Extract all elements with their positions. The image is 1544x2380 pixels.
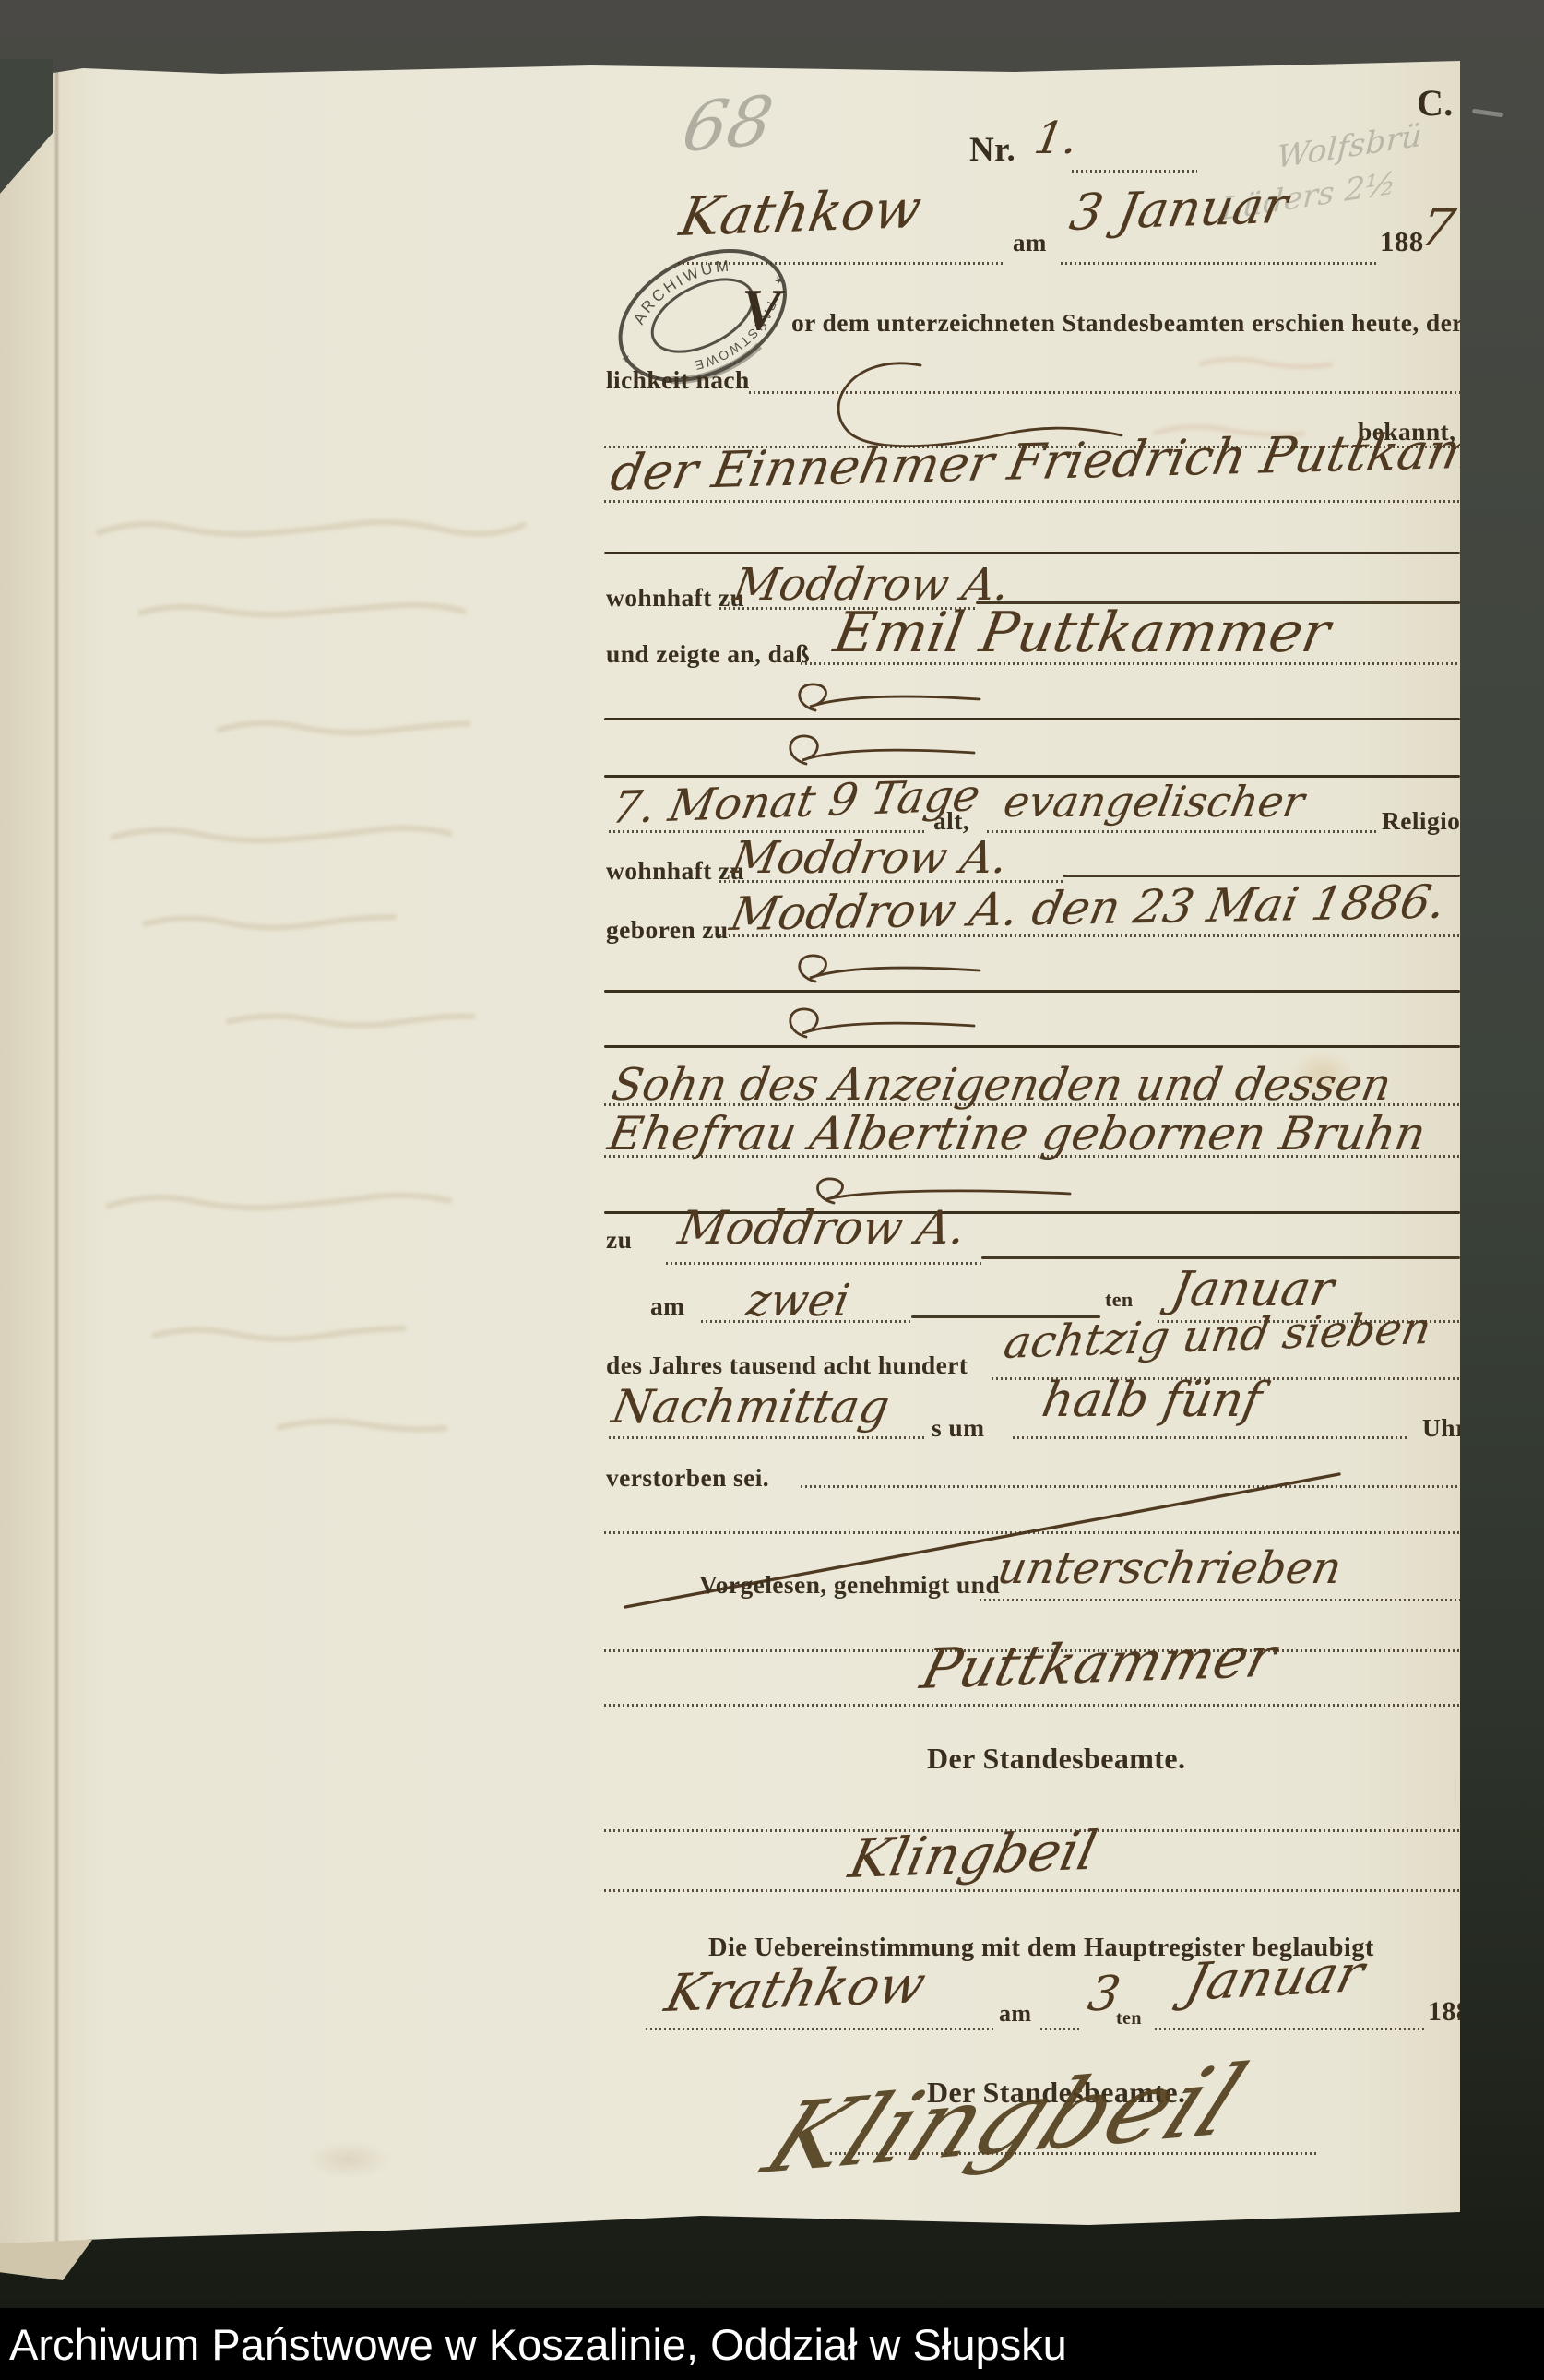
ruled-line (646, 2028, 996, 2030)
death-place-label: zu (606, 1227, 632, 1253)
ruled-line (678, 262, 1005, 265)
ruled-line (749, 391, 1460, 394)
ruled-line (987, 830, 1379, 833)
religion-value: evangelischer (1001, 780, 1308, 823)
certification-year-printed: 188 (1428, 1998, 1470, 2026)
ruled-line (604, 1103, 1460, 1106)
ruled-line (1155, 2028, 1424, 2030)
record-number-label: Nr. (969, 133, 1015, 167)
intro-line2: lichkeit nach (606, 367, 750, 393)
paper-stain (304, 2140, 392, 2179)
registrar-label: Der Standesbeamte. (927, 1743, 1185, 1773)
ruled-line (604, 1155, 1460, 1158)
day-label: am (650, 1293, 684, 1319)
certification-am-label: am (999, 2002, 1031, 2026)
birth-value: Moddrow A. den 23 Mai 1886. (727, 879, 1450, 937)
certification-ten-label: ten (1116, 2009, 1142, 2028)
informant-signature: Puttkammer (916, 1630, 1281, 1697)
ruled-line (604, 1531, 1460, 1534)
archival-scan: ARCHIWUM PAŃSTWOWE ★ ★ 68 C. Wolfsbrü Lü… (0, 0, 1544, 2380)
age-label: alt, (933, 808, 969, 834)
svg-text:ARCHIWUM: ARCHIWUM (621, 247, 742, 332)
record-number-value: 1. (1031, 116, 1081, 161)
under-page-edge (0, 2240, 92, 2280)
year-words-label: des Jahres tausend acht hundert (606, 1352, 968, 1378)
ruled-line (701, 1320, 911, 1323)
ruled-line (1072, 170, 1197, 173)
am-label: am (1013, 231, 1047, 256)
time-value: halb fünf (1039, 1376, 1265, 1424)
archive-caption-text: Archiwum Państwowe w Koszalinie, Oddział… (9, 2319, 1067, 2370)
uhr-label: Uhr (1422, 1415, 1467, 1441)
residence2-value: Moddrow A. (729, 836, 1011, 880)
binding-crease (55, 0, 58, 2380)
certification-place: Krathkow (660, 1959, 931, 2020)
ruled-line (666, 1262, 981, 1265)
intro-line1: or dem unterzeichneten Standesbeamten er… (791, 310, 1544, 336)
day-word: zwei (743, 1279, 853, 1323)
document-page: ARCHIWUM PAŃSTWOWE ★ ★ 68 C. Wolfsbrü Lü… (0, 61, 1460, 2243)
ruled-line (609, 1436, 927, 1439)
relation-line1: Sohn des Anzeigenden und dessen (609, 1063, 1395, 1107)
ruled-line (801, 1485, 1460, 1488)
record-date: 3 Januar (1066, 181, 1291, 238)
s-um-label: s um (932, 1415, 984, 1441)
paper-speck (635, 2227, 649, 2238)
daypart-value: Nachmittag (609, 1384, 893, 1430)
died-label: verstorben sei. (606, 1465, 769, 1491)
read-word: unterschrieben (994, 1546, 1345, 1590)
birth-label: geboren zu (606, 917, 729, 943)
ruled-line (604, 1889, 1460, 1892)
ruled-line (719, 934, 1460, 937)
record-place: Kathkow (676, 182, 925, 244)
pencil-page-number: 68 (678, 87, 778, 162)
registrar-signature: Klingbeil (845, 1824, 1101, 1886)
section-rule (604, 1045, 1460, 1048)
certification-month: Januar (1181, 1948, 1369, 2009)
backdrop-scratch (1472, 109, 1503, 118)
hand-rule (981, 1256, 1460, 1259)
ruled-line (980, 1599, 1460, 1601)
ruled-line (1061, 262, 1376, 265)
age-value: 7. Monat 9 Tage (609, 773, 983, 830)
archive-caption-bar: Archiwum Państwowe w Koszalinie, Oddział… (0, 2308, 1544, 2380)
corner-letter: C. (1417, 85, 1454, 122)
ruled-line (801, 662, 1460, 665)
death-place-value: Moddrow A. (675, 1205, 969, 1251)
section-rule (604, 718, 1460, 720)
section-rule (604, 990, 1460, 993)
ruled-line (1013, 1436, 1409, 1439)
section-rule (604, 552, 1460, 554)
relation-line2: Ehefrau Albertine gebornen Bruhn (605, 1111, 1430, 1157)
read-label: Vorgelesen, genehmigt und (699, 1572, 1000, 1598)
ruled-line (604, 1704, 1460, 1707)
stamp-text-top: ARCHIWUM (621, 247, 742, 332)
ten-label: ten (1105, 1290, 1134, 1310)
religion-label: Religion, (1382, 808, 1481, 834)
intro-initial: V (742, 280, 781, 339)
ruled-line (1040, 2028, 1079, 2030)
ruled-line (604, 500, 1460, 503)
announce-label: und zeigte an, daß (606, 641, 810, 667)
deceased-name: Emil Puttkammer (830, 605, 1334, 660)
